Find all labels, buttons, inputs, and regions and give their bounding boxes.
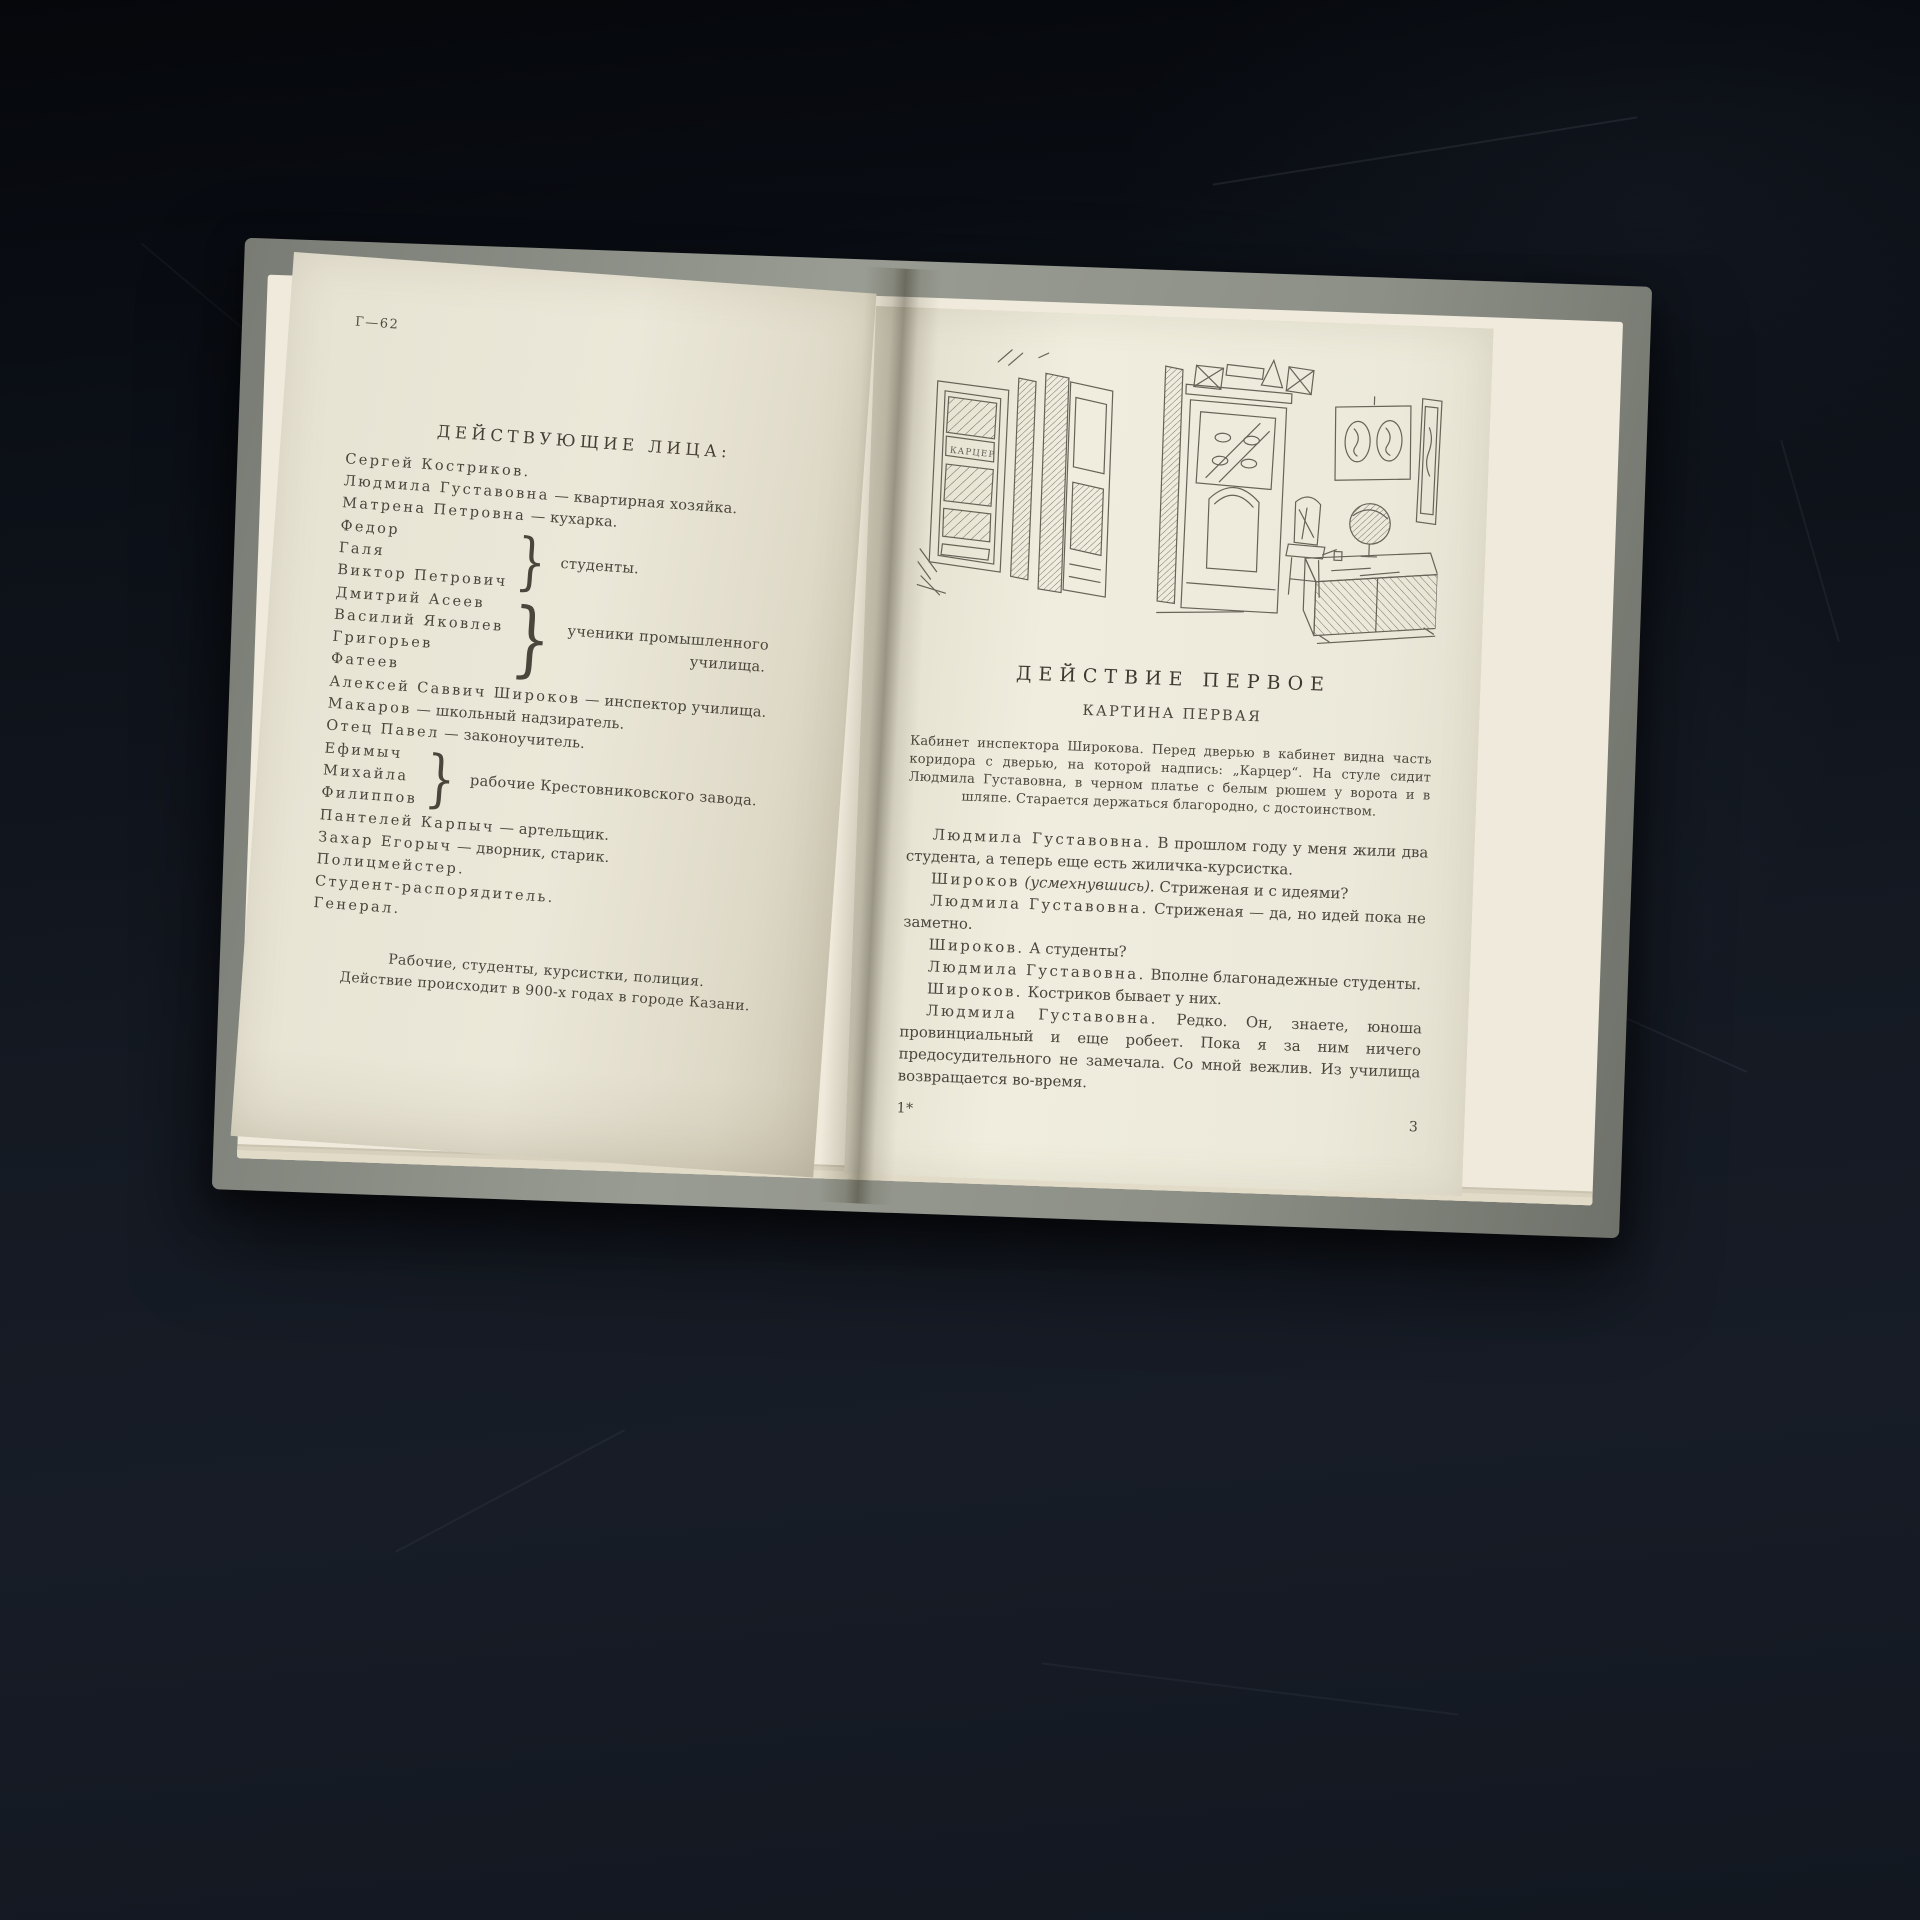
group-member-names: Дмитрий Асеев Василий Яковлев Григорьев … [330, 582, 506, 682]
cast-notes: Рабочие, студенты, курсистки, полиция. Д… [308, 944, 784, 1020]
right-page-content: КАРЦЕР [846, 306, 1493, 1137]
speaker-name: Широков [931, 869, 1020, 890]
speaker-name: Людмила Густавовна. [932, 825, 1152, 851]
group-label: рабочие Крестовниковского завода. [461, 769, 757, 812]
right-page: КАРЦЕР [844, 306, 1493, 1196]
page-number: 3 [1409, 1119, 1419, 1135]
stage-directions: Кабинет инспектора Широкова. Перед дверь… [908, 733, 1432, 824]
cast-list: Сергей Костриков. Людмила Густавовна — к… [313, 448, 819, 948]
door-jamb [1010, 378, 1036, 580]
group-label: студенты. [552, 552, 640, 580]
wall-portrait-narrow [1416, 399, 1442, 525]
karzer-door: КАРЦЕР [916, 380, 1009, 597]
inline-stage-direction: (усмехнувшись). [1024, 873, 1155, 896]
pen-marks [998, 349, 1049, 366]
mirror-cabinet [1178, 357, 1314, 614]
speaker-name: Широков. [927, 979, 1024, 1001]
dialogue-text: Редко. Он, знаете, юноша провинциальный … [897, 1010, 1422, 1091]
table-scratch [395, 1429, 626, 1553]
printers-code: Г—62 [355, 315, 829, 364]
door-jamb [1157, 366, 1183, 603]
table-scratch [1041, 1662, 1458, 1715]
dialogue-text: А студенты? [1029, 939, 1127, 961]
act-heading: ДЕЙСТВИЕ ПЕРВОЕ [912, 659, 1434, 700]
cast-name: Генерал. [313, 895, 401, 917]
door-sign-label: КАРЦЕР [949, 446, 996, 461]
group-member-names: Ефимыч Михайла Филиппов [321, 737, 421, 810]
left-page-content: Г—62 ДЕЙСТВУЮЩИЕ ЛИЦА: Сергей Костриков.… [242, 252, 877, 1023]
wall-picture-two-portraits [1333, 395, 1413, 483]
speaker-name: Широков. [928, 935, 1025, 957]
brace-icon [514, 534, 547, 589]
page-footer: 1* 3 [896, 1100, 1418, 1135]
table-scratch [1780, 440, 1840, 642]
brace-icon [424, 751, 457, 806]
brace-icon [509, 604, 553, 676]
speaker-name: Людмила Густавовна. [930, 891, 1149, 917]
footnote-mark: 1* [896, 1100, 913, 1117]
inspector-office-sketch-illustration: КАРЦЕР [915, 342, 1445, 650]
group-label: ученики промышленного училища. [557, 620, 769, 679]
cast-name: Макаров [327, 696, 412, 718]
photo-of-open-book: { "colors": { "table_background": "#1419… [0, 0, 1920, 1920]
writing-desk [1302, 549, 1438, 646]
table-scratch [1212, 116, 1637, 185]
globe [1349, 503, 1391, 557]
group-member-names: Федор Галя Виктор Петрович [337, 515, 512, 593]
open-door [1038, 373, 1113, 597]
dialogue-line: Людмила Густавовна. Редко. Он, знаете, ю… [897, 998, 1422, 1105]
left-page: Г—62 ДЕЙСТВУЮЩИЕ ЛИЦА: Сергей Костриков.… [231, 252, 877, 1177]
scene-heading: КАРТИНА ПЕРВАЯ [911, 697, 1433, 732]
